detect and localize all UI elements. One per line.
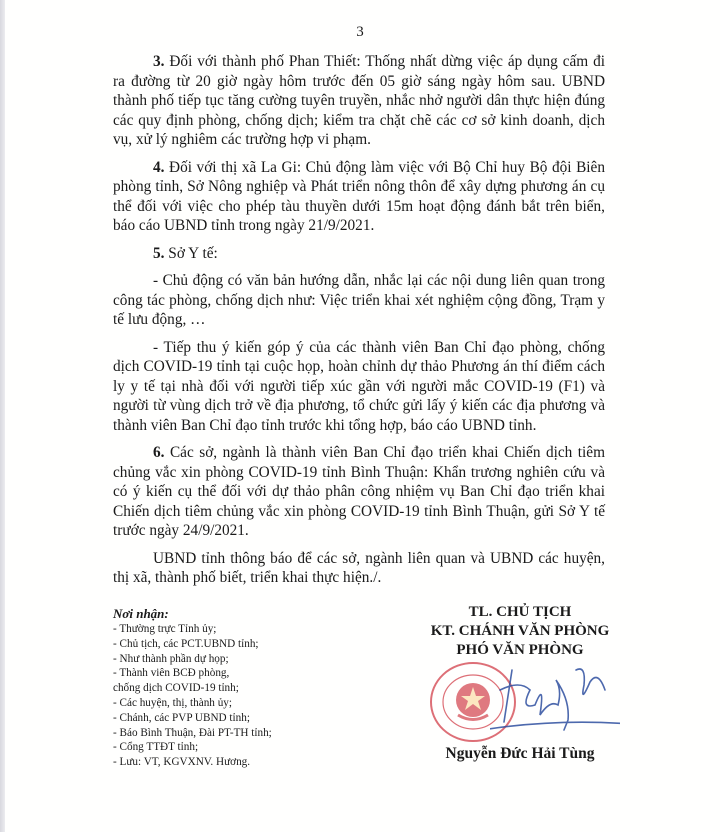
page-number: 3 <box>0 24 720 41</box>
paragraph-text: UBND tỉnh thông báo để các sở, ngành liê… <box>113 550 605 587</box>
paragraph-text: Đối với thành phố Phan Thiết: Thống nhất… <box>113 53 605 148</box>
signature-block: TL. CHỦ TỊCH KT. CHÁNH VĂN PHÒNG PHÓ VĂN… <box>405 603 635 660</box>
paragraph: 5. Sở Y tế: <box>113 244 605 264</box>
recipient-item: - Lưu: VT, KGVXNV. Hương. <box>113 755 373 770</box>
paragraph: - Chủ động có văn bản hướng dẫn, nhắc lạ… <box>113 271 605 330</box>
paragraph: - Tiếp thu ý kiến góp ý của các thành vi… <box>113 338 605 436</box>
recipient-item: - Thường trực Tỉnh ủy; <box>113 622 373 637</box>
paragraph-number: 3. <box>153 53 164 70</box>
recipient-item: - Chủ tịch, các PCT.UBND tỉnh; <box>113 637 373 652</box>
sign-line-1: TL. CHỦ TỊCH <box>405 603 635 622</box>
recipients-block: Nơi nhận: - Thường trực Tỉnh ủy;- Chủ tị… <box>113 606 373 770</box>
recipient-item: - Thành viên BCĐ phòng, <box>113 666 373 681</box>
recipient-item: - Chánh, các PVP UBND tỉnh; <box>113 711 373 726</box>
paragraph-number: 4. <box>153 159 164 176</box>
recipient-item: - Cổng TTĐT tỉnh; <box>113 740 373 755</box>
paragraph-number: 5. <box>153 245 164 262</box>
recipients-list: - Thường trực Tỉnh ủy;- Chủ tịch, các PC… <box>113 622 373 770</box>
signer-name: Nguyễn Đức Hải Tùng <box>405 745 635 763</box>
handwritten-signature-icon <box>490 660 620 740</box>
paragraph: 6. Các sở, ngành là thành viên Ban Chỉ đ… <box>113 443 605 541</box>
recipient-item: - Báo Bình Thuận, Đài PT-TH tỉnh; <box>113 726 373 741</box>
paragraph: 3. Đối với thành phố Phan Thiết: Thống n… <box>113 52 605 150</box>
recipient-item: - Các huyện, thị, thành ủy; <box>113 696 373 711</box>
paragraph-number: 6. <box>153 444 164 461</box>
document-body: 3. Đối với thành phố Phan Thiết: Thống n… <box>113 52 605 596</box>
paragraph: 4. Đối với thị xã La Gi: Chủ động làm vi… <box>113 158 605 236</box>
paragraph-text: Đối với thị xã La Gi: Chủ động làm việc … <box>113 159 605 235</box>
sign-line-3: PHÓ VĂN PHÒNG <box>405 641 635 660</box>
paragraph-text: - Tiếp thu ý kiến góp ý của các thành vi… <box>113 339 605 434</box>
paragraph: UBND tỉnh thông báo để các sở, ngành liê… <box>113 549 605 588</box>
sign-line-2: KT. CHÁNH VĂN PHÒNG <box>405 622 635 641</box>
page-left-edge <box>0 0 5 832</box>
paragraph-text: - Chủ động có văn bản hướng dẫn, nhắc lạ… <box>113 272 605 328</box>
paragraph-text: Sở Y tế: <box>164 245 217 262</box>
recipient-item: - Như thành phần dự họp; <box>113 652 373 667</box>
recipients-title: Nơi nhận: <box>113 606 373 622</box>
paragraph-text: Các sở, ngành là thành viên Ban Chỉ đạo … <box>113 444 605 539</box>
recipient-item: chống dịch COVID-19 tỉnh; <box>113 681 373 696</box>
